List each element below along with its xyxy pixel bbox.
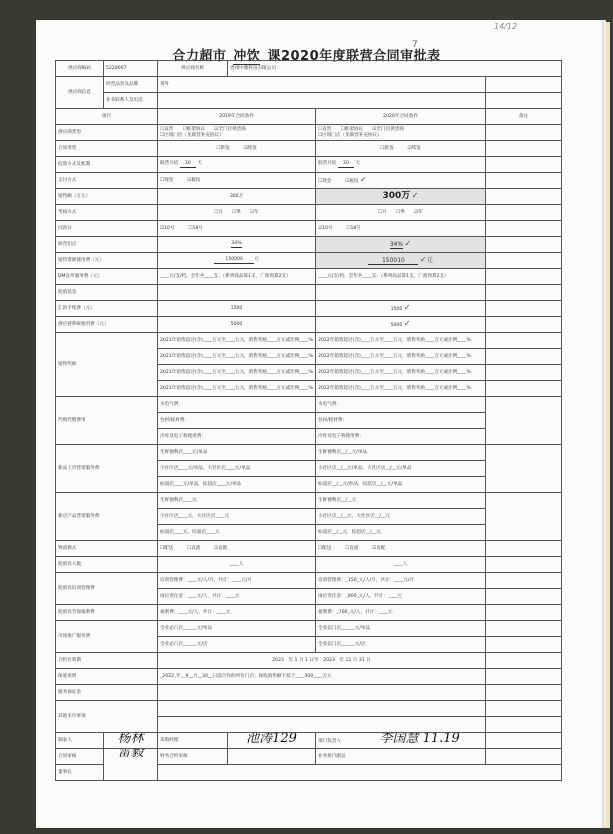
row-label: 供应链系统使用费（元） bbox=[56, 317, 158, 333]
contract-review-signature: 雷毅 bbox=[104, 749, 158, 781]
dept-head-cell: 部门负责人 李国慧 11.19 bbox=[316, 733, 486, 749]
purchasing-mgr-label: 采购经理 bbox=[158, 733, 228, 749]
remark-cell bbox=[486, 541, 562, 557]
row-label: 服务保证金 bbox=[56, 685, 158, 701]
remark-cell bbox=[486, 141, 562, 157]
row-label: 市场推广服务费 bbox=[56, 621, 158, 653]
settlement-prefix: 联营月结 bbox=[318, 161, 336, 166]
brand-value: 茶叶 bbox=[158, 77, 486, 93]
new-store-fee-row: 新店产品营销服务费 生鲜便利店____元 生鲜便利店__/__元 bbox=[56, 493, 562, 509]
commission-2020: 34% ✓ bbox=[316, 237, 486, 253]
new-store-fee-2020-item: 生鲜便利店__/__元 bbox=[316, 493, 486, 509]
signature-row-2: 合同审核 雷毅 财务合约审核 业务执行副总 bbox=[56, 749, 562, 765]
payment-row: 支付方式 ☐现金 ☑板扣 ☐现金 ☑板扣 ✓ bbox=[56, 173, 562, 189]
chairman-label: 董事长 bbox=[56, 765, 104, 781]
promoter-training-2020-item: 培训管理费：_150_元/人/月，共计：____元/月 bbox=[316, 573, 486, 589]
system-fee-2019: 5000 bbox=[158, 317, 316, 333]
agency-fee-row: 代购代缴费用 水电气费： 水电气费： bbox=[56, 397, 562, 413]
commission-row: 联营扣点 34% 34% ✓ bbox=[56, 237, 562, 253]
deposit-row: 服务保证金 bbox=[56, 685, 562, 701]
sales-reward-2020-tier: 2022年销售超过(含)____万元至____万元，销售奖励____万元或比例_… bbox=[316, 333, 486, 349]
row-label: 销售资源使用费（元） bbox=[56, 253, 158, 269]
check-mark-icon: ✓ bbox=[404, 303, 411, 312]
row-label: 合同类型 bbox=[56, 141, 158, 157]
commission-2020-value: 34% bbox=[390, 242, 403, 249]
supplier-type-2020: ☐直营 ☐框架协议 ☑全门店供货商 ☐区域门店（见联营补充协议） bbox=[316, 125, 486, 141]
col-item: 项目 bbox=[56, 109, 158, 125]
remit-fee-row: 汇款手续费（元） 1500 1500 ✓ bbox=[56, 301, 562, 317]
new-store-fee-2020-item: 标超店__/__元，综超店__/__元 bbox=[316, 525, 486, 541]
other-row: 其他未尽事项 bbox=[56, 701, 562, 717]
remark-cell bbox=[486, 669, 562, 685]
handwritten-signature: 池涛129 bbox=[246, 733, 297, 747]
settlement-unit: 天 bbox=[355, 161, 360, 166]
new-product-fee-2019-item: 生鲜便利店____元/单品 bbox=[158, 445, 316, 461]
remark-cell bbox=[486, 301, 562, 317]
supplier-code-value: 5220607 bbox=[104, 61, 158, 77]
corner-handwritten-note: 14/12 bbox=[494, 22, 517, 31]
check-mark-icon: ✓ bbox=[360, 175, 367, 184]
col-remark: 备注 bbox=[486, 109, 562, 125]
payment-2020: ☐现金 ☑板扣 ✓ bbox=[316, 173, 486, 189]
logistics-2019: ☐配送 ☐直流 ☑直配 bbox=[158, 541, 316, 557]
sales-reward-row: 销售奖励 2021年销售超过(含)____万元至____万元，销售奖励____万… bbox=[56, 333, 562, 349]
deposit-value bbox=[158, 685, 486, 701]
remit-fee-2020: 1500 ✓ bbox=[316, 301, 486, 317]
promoter-count-2019: ____人 bbox=[158, 557, 316, 573]
settlement-2020: 联营月结 30 天 bbox=[316, 157, 486, 173]
agency-fee-2019-item: 冷库及电子称使用费： bbox=[158, 429, 316, 445]
new-product-fee-2020-item: 标超店__/__元/单品，综超店__/__元/单品 bbox=[316, 477, 486, 493]
new-product-fee-2019-item: 标超店____元/单品，综超店____元/单品 bbox=[158, 477, 316, 493]
remark-cell bbox=[486, 749, 562, 765]
remark-cell bbox=[486, 397, 562, 445]
sales-reward-2020-tier: 2022年销售超过(含)____万元至____万元，销售奖励____万元或比例_… bbox=[316, 381, 486, 397]
promoter-training-2020-item: 岗位责任金：_800_元/人，共计：____元 bbox=[316, 589, 486, 605]
promo-fund-row: 促销基金 bbox=[56, 285, 562, 301]
contact-remark bbox=[486, 93, 562, 109]
handwritten-signature: 雷毅 bbox=[117, 749, 143, 761]
row-label: DM宣传服务费（元） bbox=[56, 269, 158, 285]
dept-head-label: 部门负责人 bbox=[318, 739, 378, 745]
agency-fee-2019-item: 包材/耗材费： bbox=[158, 413, 316, 429]
settlement-unit: 天 bbox=[197, 161, 202, 166]
guarantee-value: _2022_年__9__月__30__日前合作的所有门店；保底销售额不低于___… bbox=[158, 669, 486, 685]
pay-day-2019: ☑10号 ☐18号 bbox=[158, 221, 316, 237]
other-value-2 bbox=[158, 717, 486, 733]
promoter-training-row: 促销员培训管理费 培训管理费：____元/人/月，共计：____元/月 培训管理… bbox=[56, 573, 562, 589]
contact-label: 业务联系人及电话 bbox=[104, 93, 158, 109]
agency-fee-2020-item: 水电气费： bbox=[316, 397, 486, 413]
contract-review-label: 合同审核 bbox=[56, 749, 104, 765]
row-label: 考核方式 bbox=[56, 205, 158, 221]
promo-fund-2019 bbox=[158, 285, 316, 301]
supplier-code-row: 供应商编码 5220607 供应商名称 贵州中雅科技有限公司 bbox=[56, 61, 562, 77]
sales-2020-value: 300万 bbox=[383, 191, 411, 201]
new-store-fee-2019-item: 生鲜便利店____元 bbox=[158, 493, 316, 509]
row-label: 促销基金 bbox=[56, 285, 158, 301]
remark-cell bbox=[486, 557, 562, 573]
supplier-type-2019: ☐直营 ☐框架协议 ☑全门店供货商 ☐区域门店（见联营补充协议） bbox=[158, 125, 316, 141]
market-promo-2019-item: 全业态门店______元/店 bbox=[158, 637, 316, 653]
brand-remark bbox=[486, 77, 562, 93]
promoter-count-row: 促销员人数 ____人 ____人 bbox=[56, 557, 562, 573]
market-promo-row: 市场推广服务费 全业态门店______元/单品 全业态门店______元/单品 bbox=[56, 621, 562, 637]
col-2020: 2020年合同条件 bbox=[316, 109, 486, 125]
sales-reward-2019-tier: 2021年销售超过(含)____万元至____万元，销售奖励____万元或比例_… bbox=[158, 365, 316, 381]
settlement-days: 30 bbox=[338, 161, 354, 168]
remark-cell bbox=[486, 653, 562, 669]
sales-2019: 300万 bbox=[158, 189, 316, 205]
remark-cell bbox=[486, 637, 562, 653]
settlement-days: 30 bbox=[180, 161, 196, 168]
column-header-row: 项目 2019年合同条件 2020年合同条件 备注 bbox=[56, 109, 562, 125]
row-label: 结算方式及账期 bbox=[56, 157, 158, 173]
row-label: 付款日 bbox=[56, 221, 158, 237]
finance-review-signature bbox=[228, 749, 316, 765]
dm-fee-row: DM宣传服务费（元） ____元/支/档，全年共____支；（系列商品算1支，厂… bbox=[56, 269, 562, 285]
system-fee-2020-value: 5000 bbox=[391, 323, 403, 328]
sales-row: 销售额（万元） 300万 300万 ✓ bbox=[56, 189, 562, 205]
validity-value: 2023 年 1 月 1 日至 2023 年 12 月 31 日 bbox=[158, 653, 486, 669]
contact-value bbox=[158, 93, 486, 109]
unit: 元 bbox=[254, 257, 259, 262]
supplier-name-label: 供应商名称 bbox=[158, 61, 228, 77]
supplier-code-label: 供应商编码 bbox=[56, 61, 104, 77]
row-label: 其他未尽事项 bbox=[56, 701, 158, 733]
handwritten-signature: 李国慧 11.19 bbox=[379, 733, 459, 747]
remark-cell bbox=[486, 685, 562, 701]
remark-cell bbox=[486, 365, 562, 381]
row-label: 联营扣点 bbox=[56, 237, 158, 253]
agency-fee-2020-item: 冷库及电子称使用费： bbox=[316, 429, 486, 445]
remark-cell bbox=[486, 349, 562, 365]
remark-cell bbox=[486, 253, 562, 269]
promoter-count-2020: ____人 bbox=[316, 557, 486, 573]
sales-reward-2019-tier: 2021年销售超过(含)____万元至____万元，销售奖励____万元或比例_… bbox=[158, 333, 316, 349]
remark-cell bbox=[486, 621, 562, 637]
chairman-signature bbox=[158, 765, 562, 781]
system-fee-2020: 5000 ✓ bbox=[316, 317, 486, 333]
market-promo-2020-item: 全业态门店______元/单品 bbox=[316, 621, 486, 637]
row-label: 物流模式 bbox=[56, 541, 158, 557]
remark-cell bbox=[486, 157, 562, 173]
new-store-fee-2019-item: 小社区店____元，大社区店____元 bbox=[158, 509, 316, 525]
new-store-fee-2020-item: 小社区店__/__元，大社区店__/__元 bbox=[316, 509, 486, 525]
supplier-name-value: 贵州中雅科技有限公司 bbox=[228, 61, 562, 77]
promoter-welfare-2019: 福利费：____元/人，共计：____元 bbox=[158, 605, 316, 621]
settlement-prefix: 联营月结 bbox=[160, 161, 178, 166]
resource-fee-2019-value: 150000 bbox=[214, 257, 254, 264]
resource-fee-2020-value: 150010 bbox=[368, 258, 418, 265]
logistics-row: 物流模式 ☐配送 ☐直流 ☑直配 ☐配送 ☐直流 ☑直配 bbox=[56, 541, 562, 557]
supplier-info-label: 供应商信息 bbox=[56, 77, 104, 109]
row-label: 供应商类型 bbox=[56, 125, 158, 141]
guarantee-row: 保底说明 _2022_年__9__月__30__日前合作的所有门店；保底销售额不… bbox=[56, 669, 562, 685]
resource-fee-2020: 150010 ✓元 bbox=[316, 253, 486, 269]
market-promo-2019-item: 全业态门店______元/单品 bbox=[158, 621, 316, 637]
resource-fee-2019: 150000元 bbox=[158, 253, 316, 269]
payment-2020-text: ☐现金 ☑板扣 bbox=[318, 179, 358, 184]
settlement-row: 结算方式及账期 联营月结 30 天 联营月结 30 天 bbox=[56, 157, 562, 173]
assessment-2019: ☐月 ☐季 ☑年 bbox=[158, 205, 316, 221]
row-label: 汇款手续费（元） bbox=[56, 301, 158, 317]
remark-cell bbox=[486, 125, 562, 141]
row-label: 促销员培训管理费 bbox=[56, 573, 158, 605]
contract-type-2020: ☐新签 ☑续签 bbox=[316, 141, 486, 157]
preparer-signature: 杨林 bbox=[104, 733, 158, 749]
dm-fee-2019: ____元/支/档，全年共____支；（系列商品算1支，厂商周算2支） bbox=[158, 269, 316, 285]
row-label: 促销员劳保福利费 bbox=[56, 605, 158, 621]
remark-cell bbox=[486, 317, 562, 333]
handwritten-signature: 杨林 bbox=[117, 733, 143, 747]
dm-fee-2020: ____元/支/档，全年共____支；（系列商品算1支，厂商周算2支） bbox=[316, 269, 486, 285]
new-product-fee-2019-item: 小社区店____元/单品，大社区店____元/单品 bbox=[158, 461, 316, 477]
approval-table: 供应商编码 5220607 供应商名称 贵州中雅科技有限公司 供应商信息 经营品… bbox=[55, 60, 562, 781]
remark-cell bbox=[486, 445, 562, 493]
assessment-2020: ☐月 ☐季 ☑年 bbox=[316, 205, 486, 221]
remark-cell bbox=[486, 605, 562, 621]
pay-day-row: 付款日 ☑10号 ☐18号 ☑10号 ☐18号 bbox=[56, 221, 562, 237]
signature-row-1: 制表人 杨林 采购经理 池涛129 部门负责人 李国慧 11.19 bbox=[56, 733, 562, 749]
row-label: 代购代缴费用 bbox=[56, 397, 158, 445]
agency-fee-2019-item: 水电气费： bbox=[158, 397, 316, 413]
contract-type-2019: ☐新签 ☑续签 bbox=[158, 141, 316, 157]
settlement-2019: 联营月结 30 天 bbox=[158, 157, 316, 173]
promo-fund-2020 bbox=[316, 285, 486, 301]
contact-row: 业务联系人及电话 bbox=[56, 93, 562, 109]
promoter-welfare-2020: 福利费：_700_元/人，共计：____元 bbox=[316, 605, 486, 621]
agency-fee-2020-item: 包材/耗材费： bbox=[316, 413, 486, 429]
row-label: 合约有效期 bbox=[56, 653, 158, 669]
row-label: 支付方式 bbox=[56, 173, 158, 189]
preparer-label: 制表人 bbox=[56, 733, 104, 749]
check-mark-icon: ✓ bbox=[420, 255, 427, 264]
commission-2019-value: 34% bbox=[231, 241, 241, 248]
contract-type-row: 合同类型 ☐新签 ☑续签 ☐新签 ☑续签 bbox=[56, 141, 562, 157]
exec-vp-label: 业务执行副总 bbox=[316, 749, 486, 765]
remark-cell bbox=[486, 493, 562, 541]
new-store-fee-2019-item: 标超店____元，综超店____元 bbox=[158, 525, 316, 541]
supplier-type-row: 供应商类型 ☐直营 ☐框架协议 ☑全门店供货商 ☐区域门店（见联营补充协议） ☐… bbox=[56, 125, 562, 141]
row-label: 新品上市营销服务费 bbox=[56, 445, 158, 493]
remark-cell bbox=[486, 205, 562, 221]
remark-cell bbox=[486, 285, 562, 301]
remark-cell bbox=[486, 333, 562, 349]
assessment-row: 考核方式 ☐月 ☐季 ☑年 ☐月 ☐季 ☑年 bbox=[56, 205, 562, 221]
remark-cell bbox=[486, 589, 562, 605]
remark-cell bbox=[486, 381, 562, 397]
sales-reward-2020-tier: 2022年销售超过(含)____万元至____万元，销售奖励____万元或比例_… bbox=[316, 349, 486, 365]
sales-reward-2020-tier: 2022年销售超过(含)____万元至____万元，销售奖励____万元或比例_… bbox=[316, 365, 486, 381]
sales-2020: 300万 ✓ bbox=[316, 189, 486, 205]
unit: 元 bbox=[427, 257, 433, 264]
remark-cell bbox=[486, 237, 562, 253]
row-label: 保底说明 bbox=[56, 669, 158, 685]
validity-row: 合约有效期 2023 年 1 月 1 日至 2023 年 12 月 31 日 bbox=[56, 653, 562, 669]
remark-cell bbox=[486, 717, 562, 733]
logistics-2020: ☐配送 ☐直流 ☑直配 bbox=[316, 541, 486, 557]
row-label: 销售额（万元） bbox=[56, 189, 158, 205]
remit-fee-2019: 1500 bbox=[158, 301, 316, 317]
check-mark-icon: ✓ bbox=[404, 319, 411, 328]
row-label: 新店产品营销服务费 bbox=[56, 493, 158, 541]
remark-cell bbox=[486, 269, 562, 285]
market-promo-2020-item: 全业态门店______元/店 bbox=[316, 637, 486, 653]
remark-cell bbox=[486, 701, 562, 717]
remark-cell bbox=[486, 173, 562, 189]
sales-reward-2019-tier: 2021年销售超过(含)____万元至____万元，销售奖励____万元或比例_… bbox=[158, 349, 316, 365]
remark-cell bbox=[486, 189, 562, 205]
brand-row: 供应商信息 经营品类及品牌 茶叶 bbox=[56, 77, 562, 93]
purchasing-mgr-signature: 池涛129 bbox=[228, 733, 316, 749]
promoter-training-2019-item: 岗位责任金：____元/人，共计：____元 bbox=[158, 589, 316, 605]
remit-fee-2020-value: 1500 bbox=[391, 307, 403, 312]
check-mark-icon: ✓ bbox=[412, 191, 419, 200]
commission-2019: 34% bbox=[158, 237, 316, 253]
check-mark-icon: ✓ bbox=[405, 239, 412, 248]
new-product-fee-2020-item: 生鲜便利店__/__元/单品 bbox=[316, 445, 486, 461]
remark-cell bbox=[486, 573, 562, 589]
payment-2019: ☐现金 ☑板扣 bbox=[158, 173, 316, 189]
brand-label: 经营品类及品牌 bbox=[104, 77, 158, 93]
row-label: 销售奖励 bbox=[56, 333, 158, 397]
new-product-fee-2020-item: 小社区店__/__元/单品，大社区店__/__元/单品 bbox=[316, 461, 486, 477]
other-value bbox=[158, 701, 486, 717]
finance-review-label: 财务合约审核 bbox=[158, 749, 228, 765]
row-label: 促销员人数 bbox=[56, 557, 158, 573]
remark-cell bbox=[486, 733, 562, 749]
col-2019: 2019年合同条件 bbox=[158, 109, 316, 125]
new-product-fee-row: 新品上市营销服务费 生鲜便利店____元/单品 生鲜便利店__/__元/单品 bbox=[56, 445, 562, 461]
system-fee-row: 供应链系统使用费（元） 5000 5000 ✓ bbox=[56, 317, 562, 333]
promoter-training-2019-item: 培训管理费：____元/人/月，共计：____元/月 bbox=[158, 573, 316, 589]
pay-day-2020: ☑10号 ☐18号 bbox=[316, 221, 486, 237]
remark-cell bbox=[486, 221, 562, 237]
sales-reward-2019-tier: 2021年销售超过(含)____万元至____万元，销售奖励____万元或比例_… bbox=[158, 381, 316, 397]
promoter-welfare-row: 促销员劳保福利费 福利费：____元/人，共计：____元 福利费：_700_元… bbox=[56, 605, 562, 621]
resource-fee-row: 销售资源使用费（元） 150000元 150010 ✓元 bbox=[56, 253, 562, 269]
